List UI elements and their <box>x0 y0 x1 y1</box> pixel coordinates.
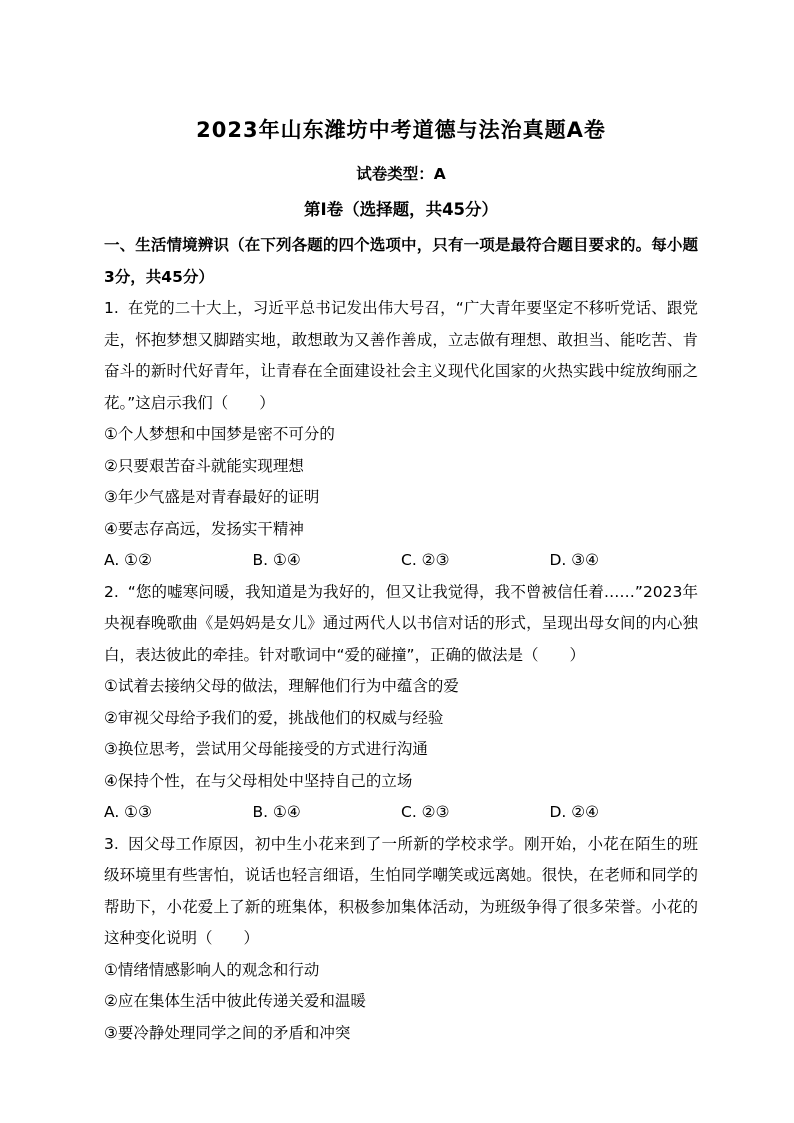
option-d: D. ③④ <box>550 545 699 577</box>
question-item: ①个人梦想和中国梦是密不可分的 <box>104 419 698 451</box>
exam-document-page: 2023年山东潍坊中考道德与法治真题A卷 试卷类型：A 第Ⅰ卷（选择题，共45分… <box>0 0 794 1123</box>
option-a: A. ①② <box>104 545 253 577</box>
part-heading: 第Ⅰ卷（选择题，共45分） <box>104 198 698 222</box>
question-item: ③换位思考，尝试用父母能接受的方式进行沟通 <box>104 734 698 766</box>
option-b: B. ①④ <box>253 545 402 577</box>
question-item: ①情绪情感影响人的观念和行动 <box>104 955 698 987</box>
question-number: 3. <box>104 835 119 853</box>
question-stem: 1.在党的二十大上，习近平总书记发出伟大号召，“广大青年要坚定不移听党话、跟党走… <box>104 293 698 419</box>
question-item: ②应在集体生活中彼此传递关爱和温暖 <box>104 986 698 1018</box>
question-item: ①试着去接纳父母的做法，理解他们行为中蕴含的爱 <box>104 671 698 703</box>
question-block-1: 1.在党的二十大上，习近平总书记发出伟大号召，“广大青年要坚定不移听党话、跟党走… <box>104 293 698 577</box>
options-row: A. ①② B. ①④ C. ②③ D. ③④ <box>104 545 698 577</box>
question-item: ②审视父母给予我们的爱，挑战他们的权威与经验 <box>104 703 698 735</box>
options-row: A. ①③ B. ①④ C. ②③ D. ②④ <box>104 797 698 829</box>
question-stem-text: “您的嘘寒问暖，我知道是为我好的，但又让我觉得，我不曾被信任着……”2023年央… <box>104 583 698 664</box>
section-heading: 一、生活情境辨识（在下列各题的四个选项中，只有一项是最符合题目要求的。每小题3分… <box>104 230 698 293</box>
question-stem-text: 在党的二十大上，习近平总书记发出伟大号召，“广大青年要坚定不移听党话、跟党走，怀… <box>104 299 698 412</box>
question-block-2: 2.“您的嘘寒问暖，我知道是为我好的，但又让我觉得，我不曾被信任着……”2023… <box>104 577 698 829</box>
paper-type-label: 试卷类型：A <box>104 162 698 186</box>
option-d: D. ②④ <box>550 797 699 829</box>
option-a: A. ①③ <box>104 797 253 829</box>
option-c: C. ②③ <box>401 797 550 829</box>
question-item: ③年少气盛是对青春最好的证明 <box>104 482 698 514</box>
question-item: ②只要艰苦奋斗就能实现理想 <box>104 451 698 483</box>
question-block-3: 3.因父母工作原因，初中生小花来到了一所新的学校求学。刚开始，小花在陌生的班级环… <box>104 829 698 1050</box>
question-stem: 2.“您的嘘寒问暖，我知道是为我好的，但又让我觉得，我不曾被信任着……”2023… <box>104 577 698 672</box>
question-stem: 3.因父母工作原因，初中生小花来到了一所新的学校求学。刚开始，小花在陌生的班级环… <box>104 829 698 955</box>
question-number: 2. <box>104 583 119 601</box>
option-c: C. ②③ <box>401 545 550 577</box>
option-b: B. ①④ <box>253 797 402 829</box>
question-stem-text: 因父母工作原因，初中生小花来到了一所新的学校求学。刚开始，小花在陌生的班级环境里… <box>104 835 698 948</box>
question-item: ③要冷静处理同学之间的矛盾和冲突 <box>104 1018 698 1050</box>
question-item: ④要志存高远，发扬实干精神 <box>104 514 698 546</box>
page-title: 2023年山东潍坊中考道德与法治真题A卷 <box>104 116 698 144</box>
question-number: 1. <box>104 299 119 317</box>
question-item: ④保持个性，在与父母相处中坚持自己的立场 <box>104 766 698 798</box>
